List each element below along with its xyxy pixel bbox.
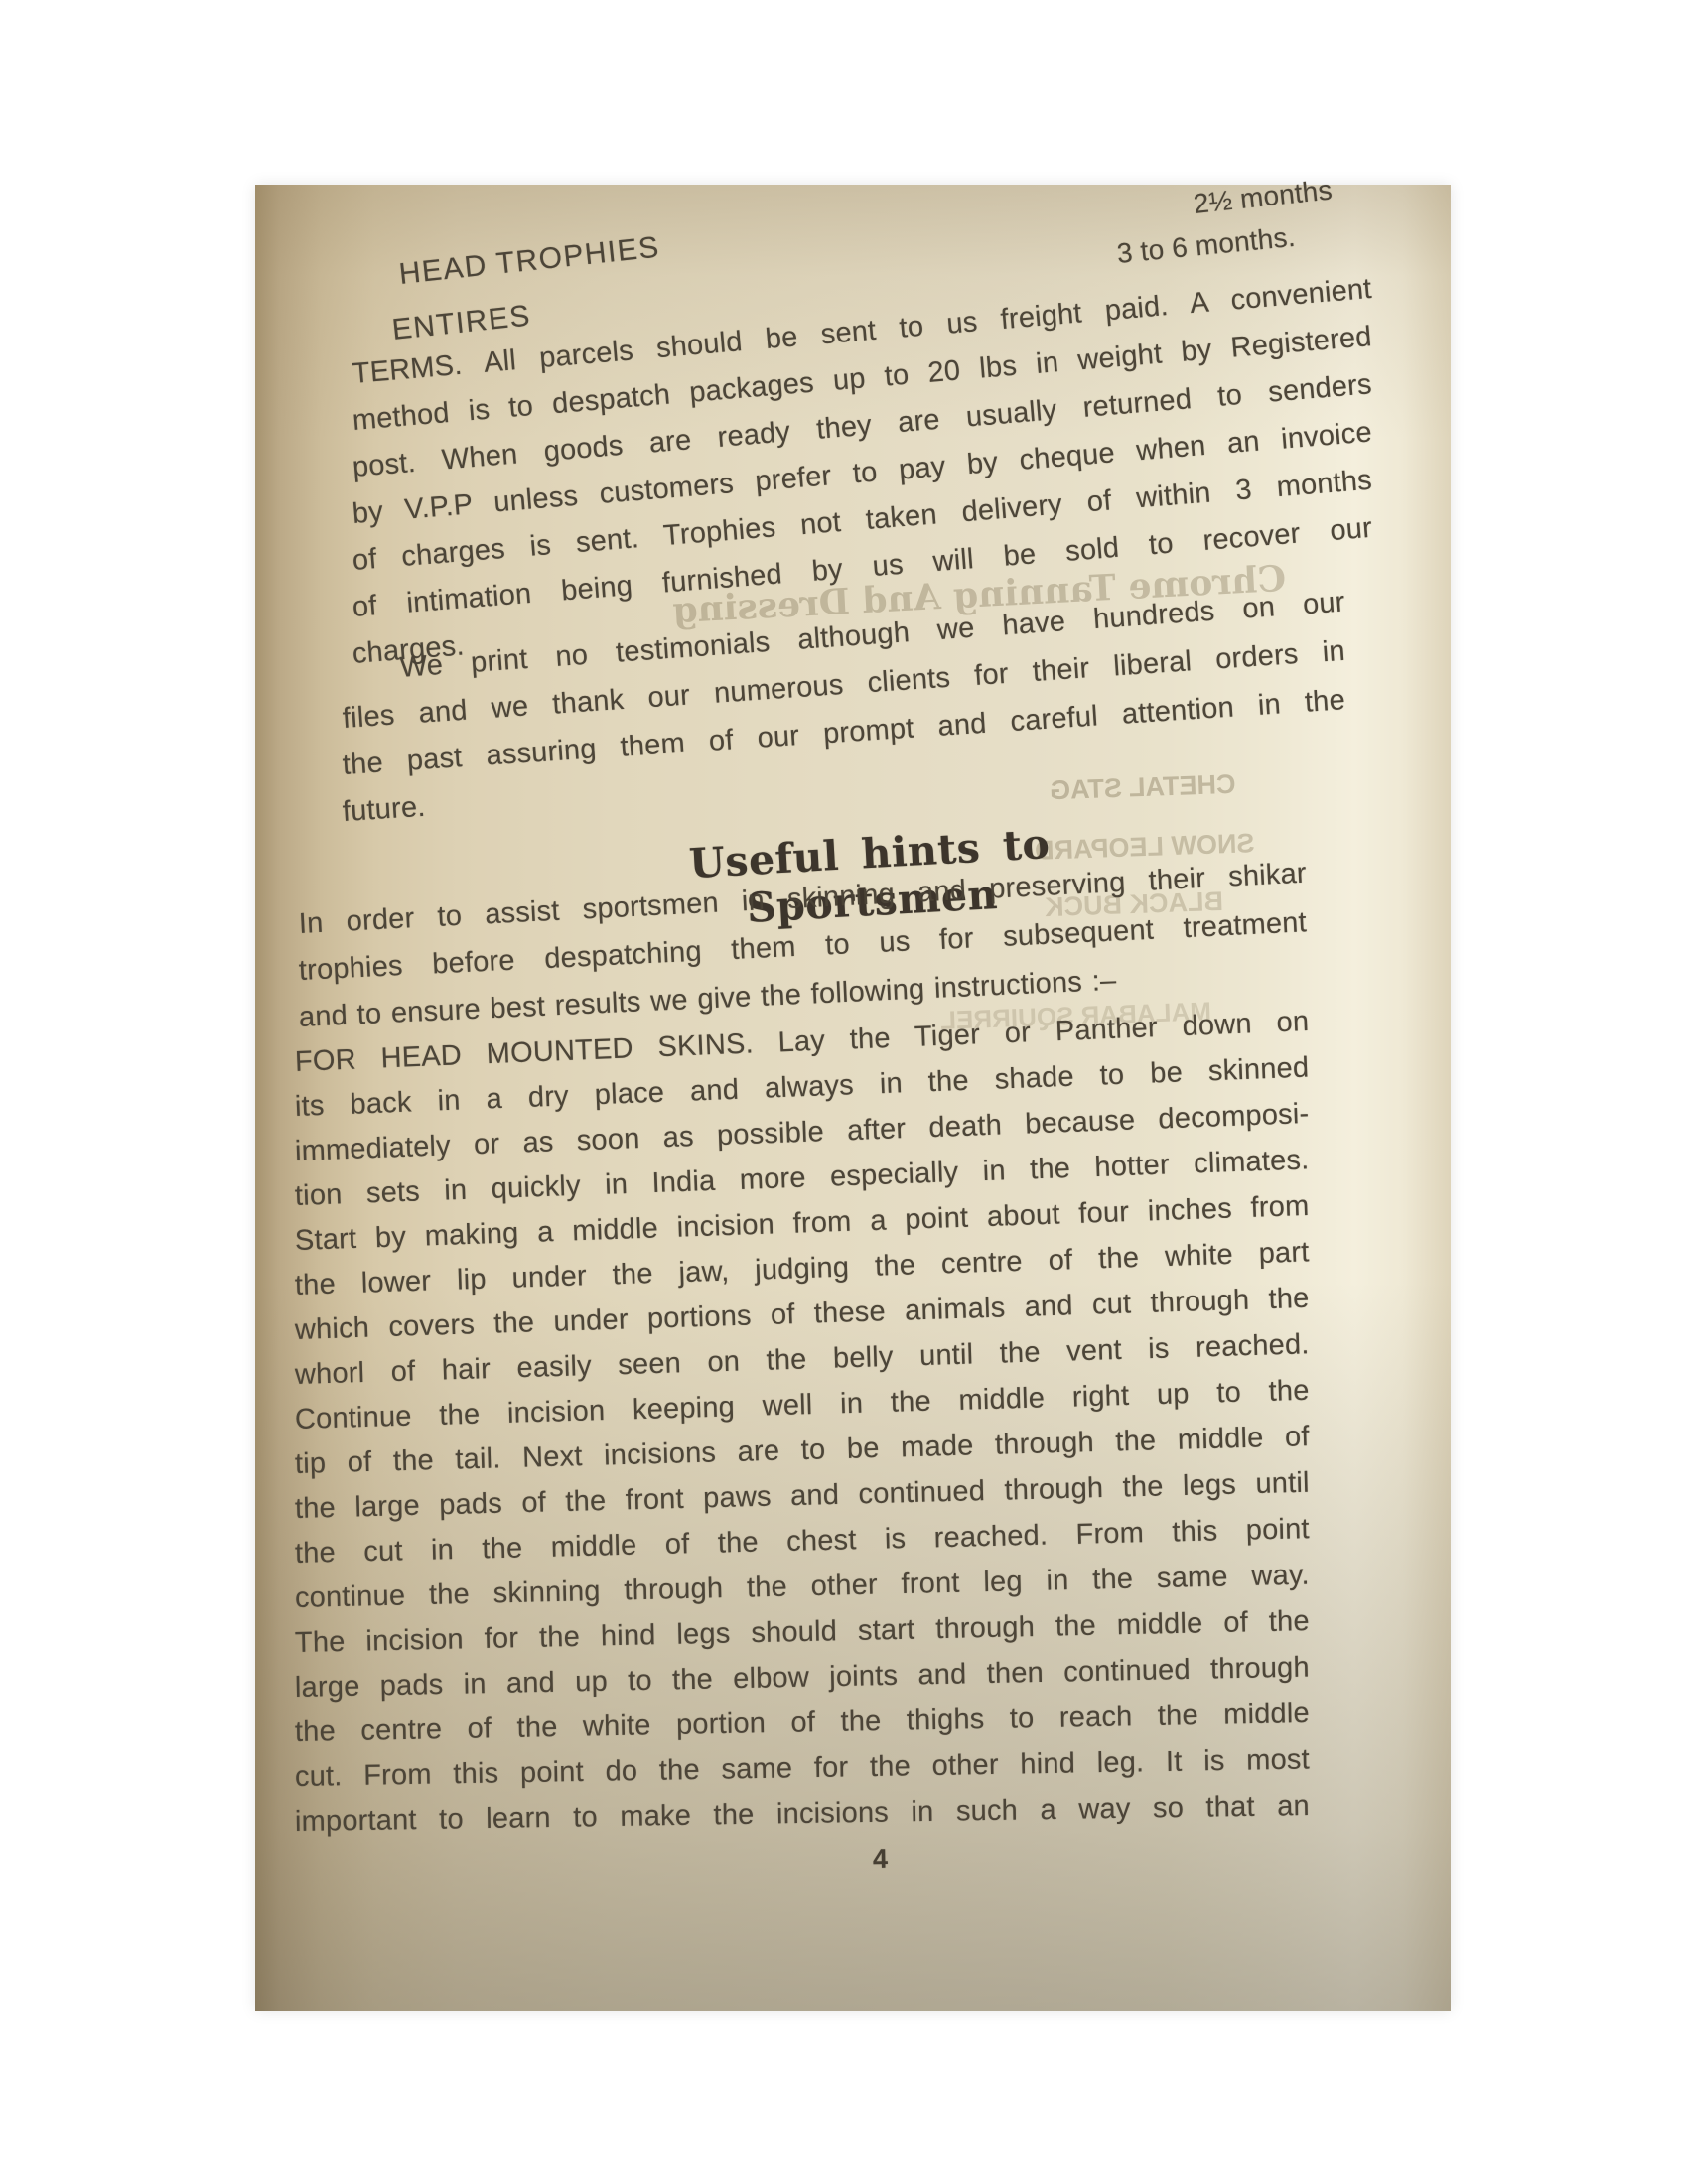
book-page: Chrome Tanning And Dressing CHETAL STAG … [255,185,1451,2011]
page-number: 4 [873,1844,889,1875]
duration-note-top: 2½ months [1192,174,1334,219]
skinning-instructions-paragraph: FOR HEAD MOUNTED SKINS. Lay the Tiger or… [295,1040,1310,1844]
head-trophies-heading: HEAD TROPHIES [397,230,661,291]
duration-note-bottom: 3 to 6 months. [1115,221,1296,270]
testimonials-paragraph: We print no testimonials although we hav… [343,649,1347,836]
screenshot-canvas: Chrome Tanning And Dressing CHETAL STAG … [0,0,1688,2184]
